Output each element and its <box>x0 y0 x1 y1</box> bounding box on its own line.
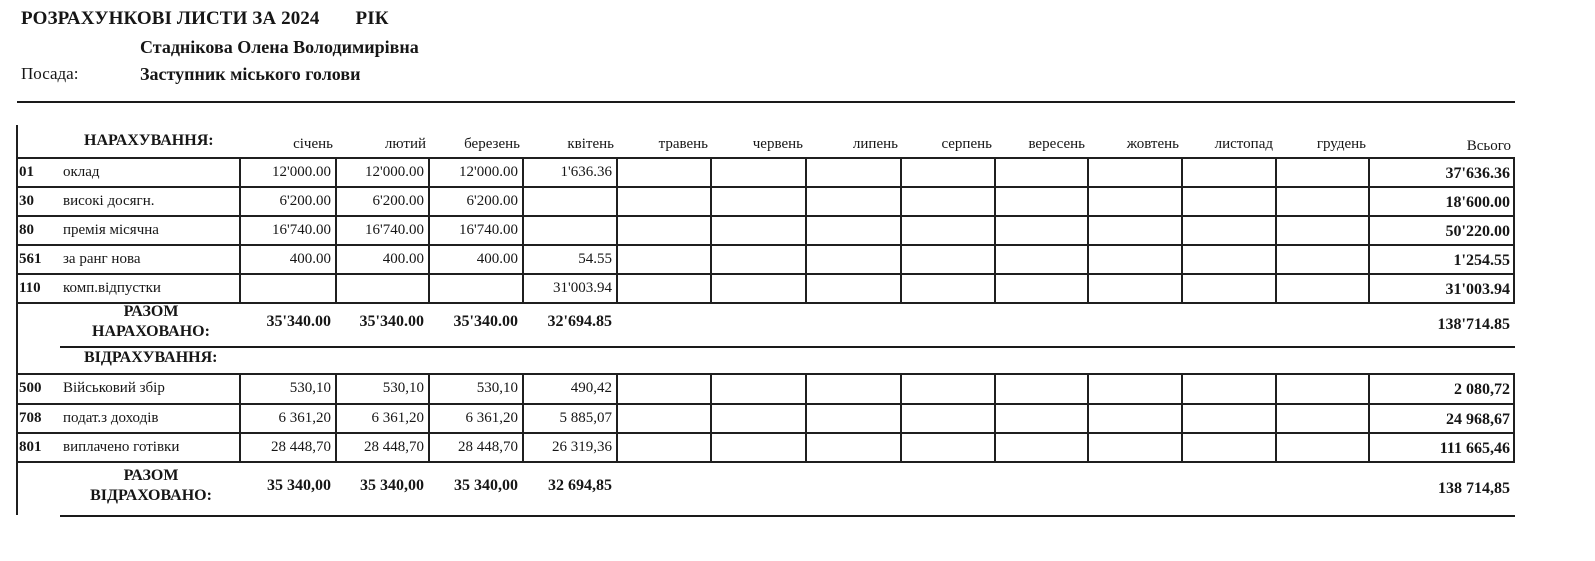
deductions-grid-vline <box>1513 373 1515 463</box>
deductions-row-label: подат.з доходів <box>63 404 159 432</box>
deductions-cell: 5 885,07 <box>522 404 612 432</box>
month-header-8: вересень <box>994 136 1085 153</box>
accruals-cell: 6'200.00 <box>239 187 331 215</box>
accruals-cell <box>616 216 706 244</box>
accruals-cell: 31'003.94 <box>522 274 612 302</box>
accruals-cell <box>1181 187 1271 215</box>
accruals-section-title: НАРАХУВАННЯ: <box>84 132 214 150</box>
accruals-cell <box>900 274 990 302</box>
deductions-cell: 6 361,20 <box>239 404 331 432</box>
accruals-cell <box>1181 245 1271 273</box>
accruals-cell <box>805 187 896 215</box>
document-title: РОЗРАХУНКОВІ ЛИСТИ ЗА 2024РІК <box>21 8 389 30</box>
accruals-cell <box>805 245 896 273</box>
deductions-cell <box>805 404 896 432</box>
accruals-cell <box>1087 216 1177 244</box>
deductions-cell <box>994 433 1083 461</box>
deductions-cell: 530,10 <box>239 374 331 402</box>
accruals-cell <box>1087 187 1177 215</box>
deductions-cell <box>710 374 801 402</box>
accruals-cell <box>710 187 801 215</box>
month-header-5: червень <box>710 136 803 153</box>
accruals-row-code: 561 <box>19 245 42 273</box>
accruals-row-label: за ранг нова <box>63 245 141 273</box>
accruals-row-total: 50'220.00 <box>1368 218 1510 246</box>
accruals-cell: 54.55 <box>522 245 612 273</box>
accruals-row-label: комп.відпустки <box>63 274 161 302</box>
deductions-row-total: 24 968,67 <box>1368 406 1510 434</box>
deductions-cell <box>1275 374 1364 402</box>
accruals-row-code: 80 <box>19 216 34 244</box>
accruals-cell <box>1181 274 1271 302</box>
accruals-cell <box>710 216 801 244</box>
accruals-cell <box>616 245 706 273</box>
accruals-summary-divider <box>60 346 1515 348</box>
accruals-summary-value: 35'340.00 <box>335 313 424 331</box>
month-header-10: листопад <box>1181 136 1273 153</box>
deductions-cell <box>1275 404 1364 432</box>
month-header-0: січень <box>239 136 333 153</box>
accruals-row-label: оклад <box>63 158 100 186</box>
accruals-cell <box>1275 187 1364 215</box>
accruals-row-label: премія місячна <box>63 216 159 244</box>
accruals-cell <box>1275 216 1364 244</box>
deductions-cell <box>710 433 801 461</box>
accruals-row-total: 31'003.94 <box>1368 276 1510 304</box>
accruals-cell <box>710 274 801 302</box>
accruals-cell: 6'200.00 <box>335 187 424 215</box>
accruals-cell: 6'200.00 <box>428 187 518 215</box>
accruals-summary-label: РАЗОМ <box>71 302 231 322</box>
accruals-cell <box>710 245 801 273</box>
accruals-cell <box>616 187 706 215</box>
accruals-cell: 16'740.00 <box>428 216 518 244</box>
deductions-cell <box>616 374 706 402</box>
month-header-11: грудень <box>1275 136 1366 153</box>
deductions-cell: 28 448,70 <box>239 433 331 461</box>
accruals-cell: 400.00 <box>428 245 518 273</box>
deductions-row-label: Військовий збір <box>63 374 165 402</box>
deductions-cell: 530,10 <box>428 374 518 402</box>
month-header-2: березень <box>428 136 520 153</box>
deductions-cell <box>710 404 801 432</box>
accruals-summary-value: 35'340.00 <box>239 313 331 331</box>
accruals-cell: 12'000.00 <box>239 158 331 186</box>
accruals-cell <box>1087 158 1177 186</box>
accruals-cell <box>994 187 1083 215</box>
accruals-cell <box>805 274 896 302</box>
accruals-cell <box>900 245 990 273</box>
deductions-cell <box>994 374 1083 402</box>
deductions-cell <box>805 433 896 461</box>
accruals-row-total: 1'254.55 <box>1368 247 1510 275</box>
deductions-cell: 28 448,70 <box>428 433 518 461</box>
deductions-cell: 6 361,20 <box>428 404 518 432</box>
month-header-1: лютий <box>335 136 426 153</box>
deductions-cell <box>805 374 896 402</box>
accruals-cell <box>900 216 990 244</box>
accruals-cell: 16'740.00 <box>239 216 331 244</box>
deductions-cell <box>900 433 990 461</box>
accruals-summary-label: НАРАХОВАНО: <box>71 322 231 342</box>
accruals-row-total: 37'636.36 <box>1368 160 1510 188</box>
deductions-cell <box>1181 433 1271 461</box>
total-header: Всього <box>1368 138 1511 155</box>
accruals-cell <box>994 245 1083 273</box>
accruals-cell: 12'000.00 <box>428 158 518 186</box>
accruals-cell <box>710 158 801 186</box>
deductions-row-code: 708 <box>19 404 42 432</box>
deductions-summary-total: 138 714,85 <box>1368 480 1510 498</box>
left-border <box>16 125 18 515</box>
accruals-cell <box>616 274 706 302</box>
accruals-cell <box>335 274 424 302</box>
deductions-cell <box>616 404 706 432</box>
accruals-row-total: 18'600.00 <box>1368 189 1510 217</box>
accruals-summary-total: 138'714.85 <box>1368 316 1510 334</box>
accruals-cell: 16'740.00 <box>335 216 424 244</box>
accruals-cell <box>616 158 706 186</box>
month-header-6: липень <box>805 136 898 153</box>
deductions-row-code: 801 <box>19 433 42 461</box>
deductions-cell: 6 361,20 <box>335 404 424 432</box>
deductions-cell: 530,10 <box>335 374 424 402</box>
accruals-row-code: 30 <box>19 187 34 215</box>
position-value: Заступник міського голови <box>140 64 360 85</box>
deductions-section-title: ВІДРАХУВАННЯ: <box>84 349 217 367</box>
accruals-cell <box>239 274 331 302</box>
accruals-grid-vline <box>1513 157 1515 304</box>
accruals-cell <box>994 216 1083 244</box>
deductions-summary-divider <box>60 515 1515 517</box>
accruals-row-code: 110 <box>19 274 41 302</box>
accruals-cell: 1'636.36 <box>522 158 612 186</box>
deductions-cell <box>616 433 706 461</box>
deductions-summary-value: 32 694,85 <box>522 477 612 495</box>
accruals-cell <box>1087 245 1177 273</box>
accruals-summary-value: 35'340.00 <box>428 313 518 331</box>
accruals-cell <box>428 274 518 302</box>
accruals-cell <box>1275 245 1364 273</box>
deductions-row-total: 111 665,46 <box>1368 435 1510 463</box>
month-header-7: серпень <box>900 136 992 153</box>
deductions-summary-label: ВІДРАХОВАНО: <box>71 486 231 506</box>
accruals-cell <box>522 216 612 244</box>
deductions-cell: 26 319,36 <box>522 433 612 461</box>
accruals-cell <box>1087 274 1177 302</box>
accruals-cell <box>1275 158 1364 186</box>
header-divider <box>17 101 1515 103</box>
accruals-cell <box>994 274 1083 302</box>
deductions-cell: 490,42 <box>522 374 612 402</box>
deductions-cell <box>1181 404 1271 432</box>
deductions-cell <box>1181 374 1271 402</box>
accruals-cell: 400.00 <box>239 245 331 273</box>
accruals-cell <box>900 187 990 215</box>
month-header-3: квітень <box>522 136 614 153</box>
employee-name: Стаднікова Олена Володимирівна <box>140 37 419 58</box>
month-header-9: жовтень <box>1087 136 1179 153</box>
accruals-row-code: 01 <box>19 158 34 186</box>
deductions-summary-value: 35 340,00 <box>335 477 424 495</box>
accruals-cell <box>900 158 990 186</box>
deductions-summary-label: РАЗОМ <box>71 466 231 486</box>
accruals-row-label: високі досягн. <box>63 187 154 215</box>
position-label: Посада: <box>21 64 78 84</box>
accruals-summary-value: 32'694.85 <box>522 313 612 331</box>
accruals-cell <box>1181 216 1271 244</box>
accruals-cell: 400.00 <box>335 245 424 273</box>
deductions-cell <box>1087 374 1177 402</box>
deductions-cell <box>1275 433 1364 461</box>
accruals-cell <box>805 158 896 186</box>
deductions-cell <box>1087 433 1177 461</box>
deductions-summary-value: 35 340,00 <box>428 477 518 495</box>
accruals-cell <box>1275 274 1364 302</box>
deductions-cell <box>994 404 1083 432</box>
deductions-row-total: 2 080,72 <box>1368 376 1510 404</box>
accruals-cell: 12'000.00 <box>335 158 424 186</box>
month-header-4: травень <box>616 136 708 153</box>
accruals-cell <box>994 158 1083 186</box>
title-suffix: РІК <box>356 8 389 29</box>
accruals-cell <box>1181 158 1271 186</box>
accruals-cell <box>522 187 612 215</box>
title-text: РОЗРАХУНКОВІ ЛИСТИ ЗА 2024 <box>21 8 320 29</box>
deductions-row-code: 500 <box>19 374 42 402</box>
deductions-row-label: виплачено готівки <box>63 433 179 461</box>
deductions-cell <box>1087 404 1177 432</box>
accruals-cell <box>805 216 896 244</box>
deductions-cell <box>900 374 990 402</box>
deductions-summary-value: 35 340,00 <box>239 477 331 495</box>
deductions-cell <box>900 404 990 432</box>
deductions-cell: 28 448,70 <box>335 433 424 461</box>
